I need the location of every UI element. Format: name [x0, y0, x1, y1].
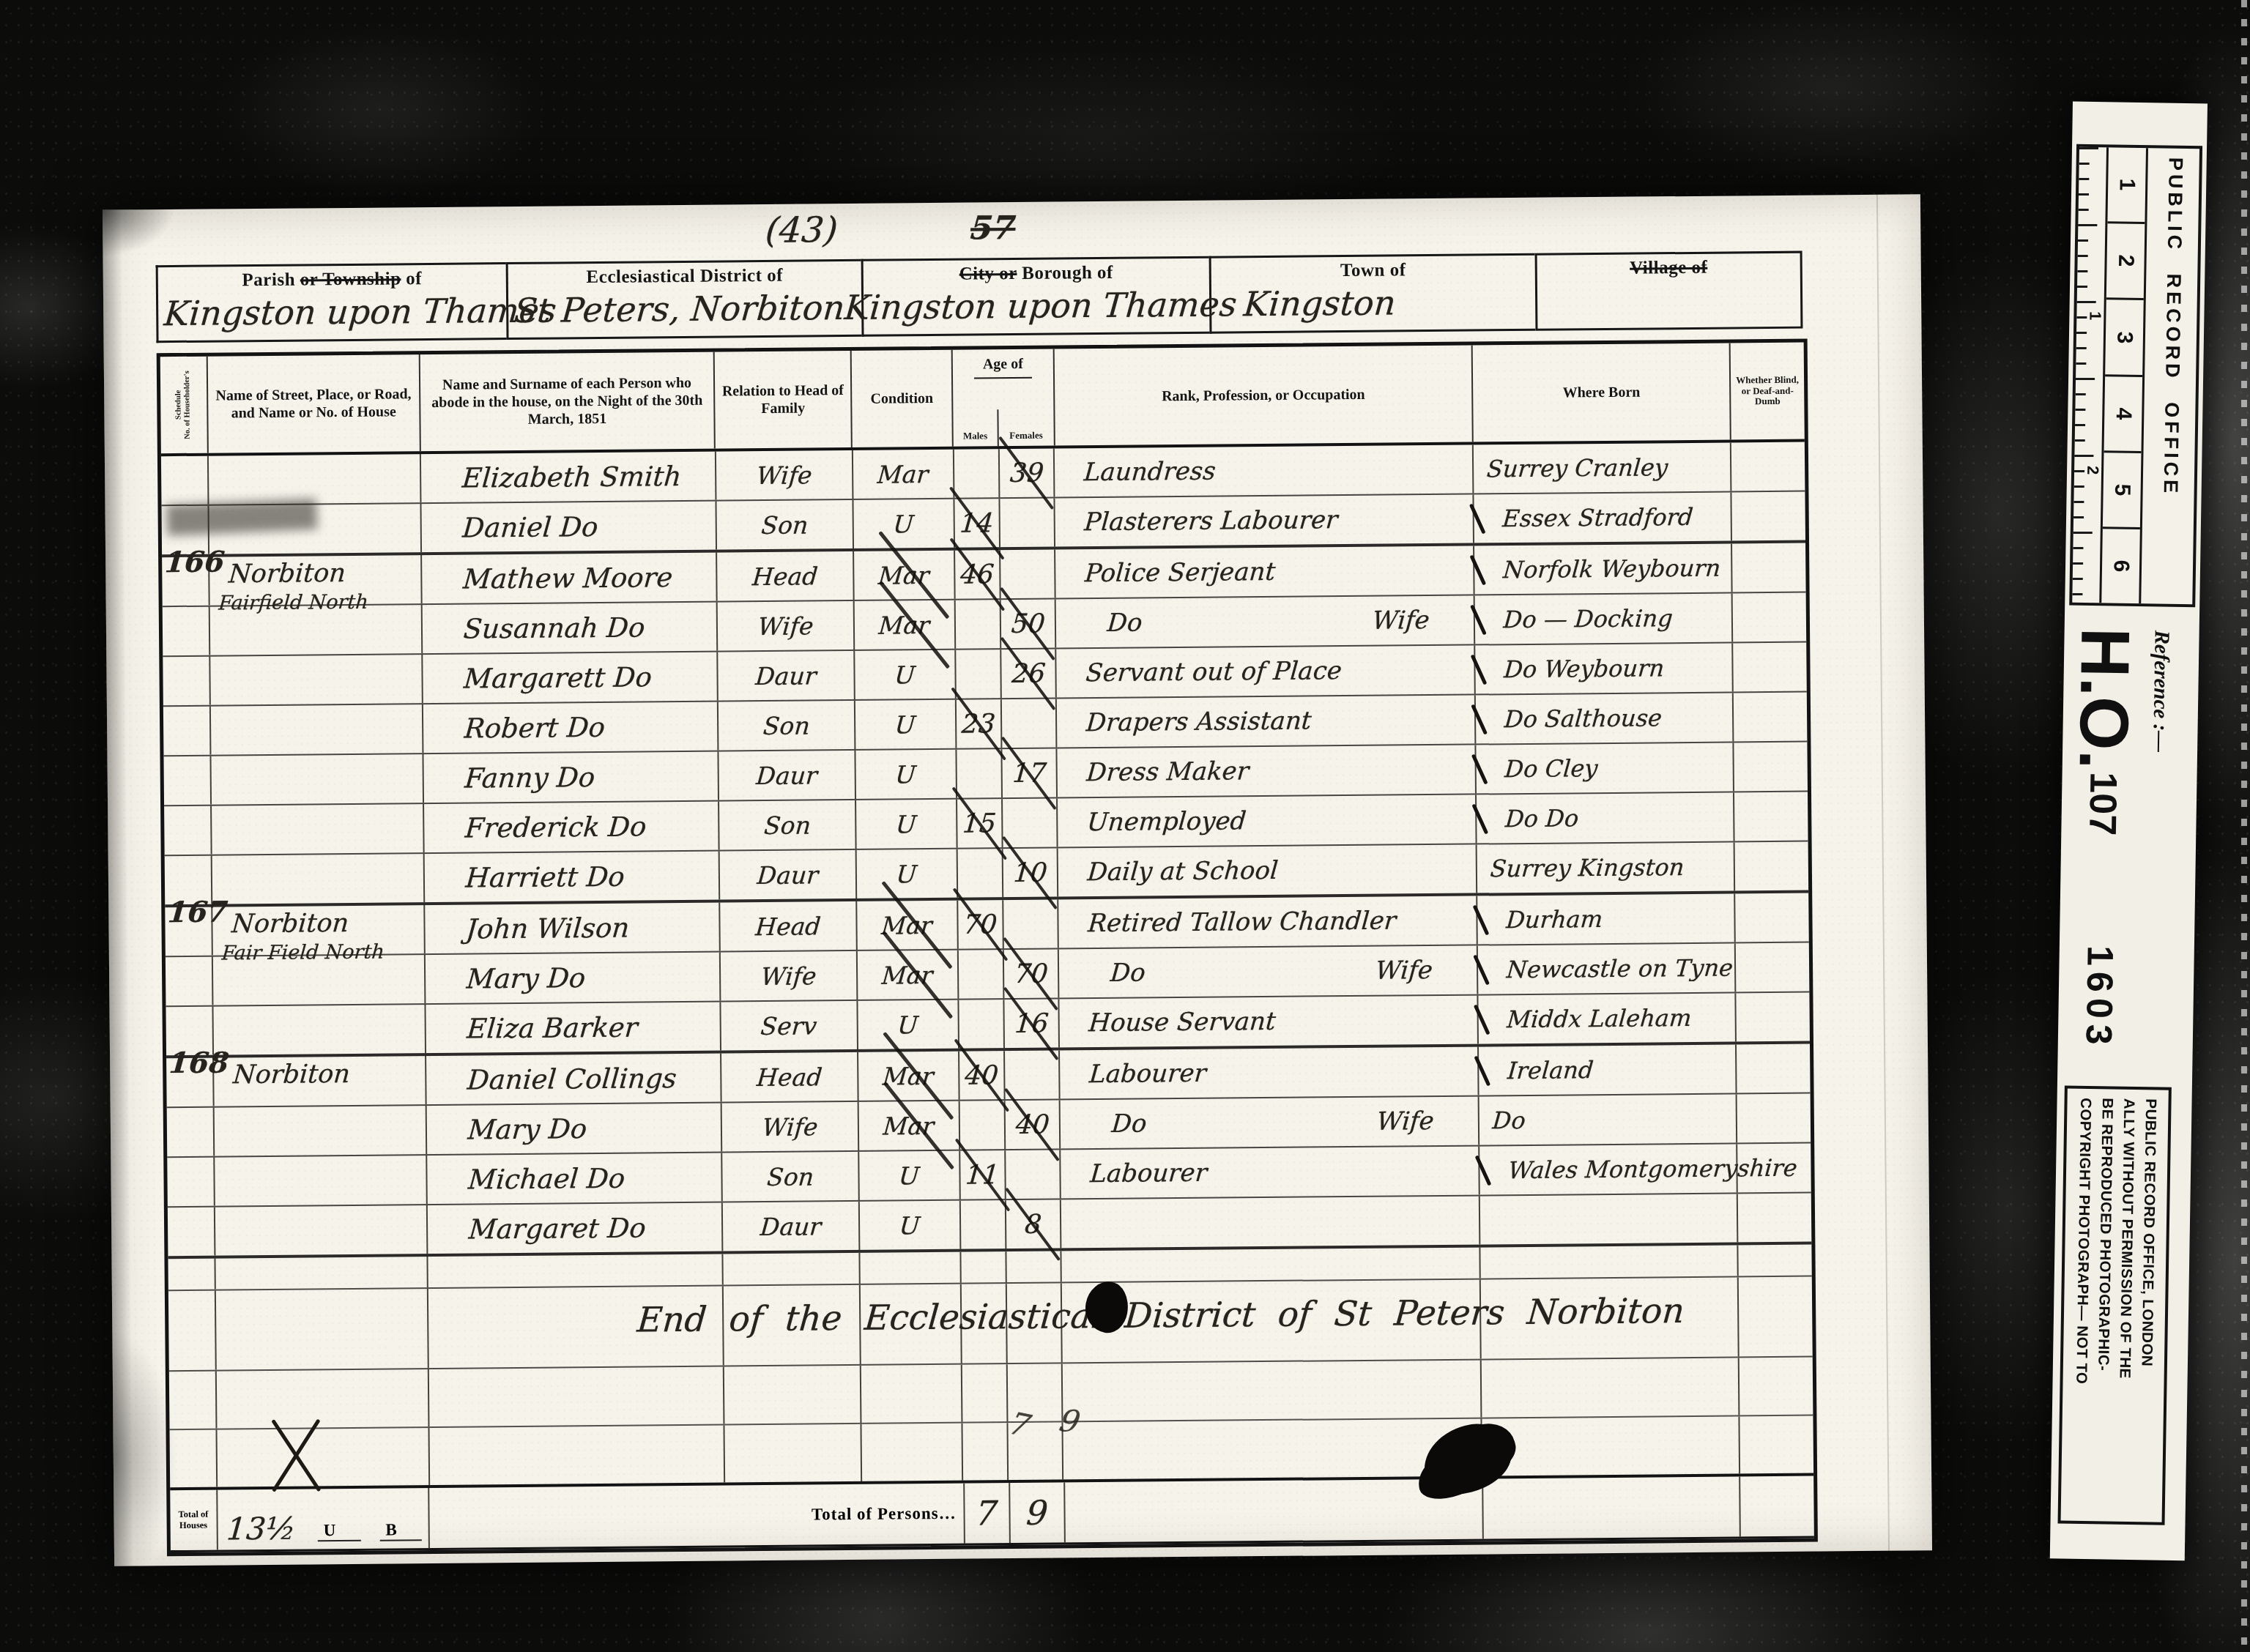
col-schedule-number: No. of Householder's Schedule [160, 357, 209, 454]
name-cell: Robert Do [423, 702, 719, 754]
occupation-cell: Retired Tallow Chandler [1058, 896, 1478, 948]
infirm-cell [1738, 1194, 1812, 1243]
age-female-cell [1003, 799, 1058, 848]
uninhabited-label: U [318, 1522, 361, 1542]
occupation-cell: DoWife [1059, 946, 1479, 998]
schedule-cell [168, 1208, 216, 1257]
infirm-cell [1732, 543, 1806, 592]
ruler-number-cell: 5 [2103, 453, 2142, 529]
label-text: Town of [1340, 260, 1406, 280]
relation-cell: Head [720, 901, 858, 951]
condition-cell: U [856, 800, 958, 849]
condition-value: U [894, 760, 917, 789]
age-male-cell [961, 1200, 1007, 1249]
relation-value: Son [760, 510, 809, 540]
col-infirm: Whether Blind, or Deaf-and-Dumb [1731, 343, 1805, 440]
empty-cell [1740, 1476, 1814, 1537]
schedule-cell: 167 [165, 907, 213, 956]
col-condition: Condition [852, 350, 954, 447]
location-box-value: Kingston upon Thames [163, 290, 558, 333]
relation-cell: Daur [720, 850, 858, 900]
location-box: Parish or Township ofKingston upon Thame… [156, 262, 507, 343]
birthplace-value: Do Salthouse [1504, 704, 1663, 733]
occupation-value: Police Serjeant [1084, 557, 1277, 588]
ruler-number-cell: 6 [2101, 529, 2140, 603]
person-name: Daniel Collings [467, 1063, 678, 1096]
born-cell: Wales Montgomeryshire [1479, 1144, 1738, 1194]
ruler-inch-label: 2 [2083, 466, 2102, 475]
age-female-cell: 8 [1006, 1199, 1062, 1249]
schedule-cell [163, 607, 211, 656]
street-cell [213, 1005, 426, 1055]
infirm-cell [1731, 442, 1805, 491]
occupation-spread: DoWife [1059, 956, 1477, 989]
page-number: (43) [764, 209, 839, 251]
total-females-value: 9 [1025, 1493, 1050, 1533]
occupation-value: House Servant [1088, 1007, 1277, 1038]
public-record-office-strip: 1 2 123456 PUBLIC RECORD OFFICE H.O.1071… [2050, 102, 2208, 1561]
struck-page-number: 57 [969, 209, 1017, 248]
relation-value: Head [751, 562, 819, 591]
street-cell [211, 754, 424, 805]
public-record-office-label: PUBLIC RECORD OFFICE [2141, 148, 2199, 604]
age-female-cell: 40 [1006, 1100, 1061, 1149]
relation-value: Wife [760, 961, 817, 991]
birthplace-value: Norfolk Weybourn [1502, 554, 1722, 584]
condition-cell: Mar [858, 1052, 960, 1101]
relation-value: Wife [761, 1112, 819, 1142]
infirm-cell [1736, 943, 1810, 992]
schedule-cell [161, 456, 209, 505]
ruler-number: 5 [2109, 483, 2134, 496]
occupation-value: Do [1110, 1109, 1148, 1138]
occupation-value: Do [1110, 958, 1147, 987]
struck-label-text: or Township [300, 269, 401, 289]
age-male-cell: 15 [957, 799, 1003, 848]
infirm-cell [1734, 743, 1808, 792]
age-male-cell [956, 650, 1002, 699]
relation-value: Daur [755, 761, 818, 790]
condition-value: U [895, 810, 918, 838]
name-cell: Margarett Do [423, 652, 719, 704]
empty-cell [1063, 1360, 1482, 1421]
born-cell: Middx Laleham [1478, 993, 1737, 1043]
age-female-cell [1002, 699, 1058, 748]
born-cell: Do Do [1477, 792, 1735, 843]
born-cell: Do Cley [1476, 743, 1734, 793]
street-cell [215, 1205, 428, 1256]
street-name-2: Fairfield North [218, 591, 368, 615]
person-name: Daniel Do [461, 510, 599, 543]
relation-cell: Daur [719, 751, 856, 800]
street-name-2: Fair Field North [221, 941, 385, 965]
empty-cell [1739, 1277, 1813, 1357]
infirm-cell [1735, 842, 1809, 891]
person-name: Mary Do [465, 962, 587, 994]
condition-cell: Mar [853, 450, 955, 499]
empty-cell [1065, 1478, 1484, 1542]
col-occupation: Rank, Profession, or Occupation [1055, 346, 1474, 446]
infirm-cell [1733, 593, 1807, 642]
total-houses-value: 13½ [226, 1511, 297, 1547]
ruler-number-cell: 4 [2104, 376, 2142, 453]
occupation-cell: Laundress [1055, 445, 1474, 497]
born-cell: Do Weybourn [1475, 643, 1734, 693]
condition-value: U [894, 710, 917, 739]
person-name: John Wilson [465, 912, 631, 945]
col-age-males: Males [953, 409, 998, 447]
age-male-cell [959, 950, 1005, 999]
empty-cell [1482, 1358, 1740, 1417]
birthplace-value: Durham [1505, 905, 1604, 934]
name-cell: Daniel Do [421, 502, 717, 553]
empty-cell [429, 1426, 725, 1486]
occupation-cell: Labourer [1060, 1047, 1479, 1099]
occupation-value-2: Wife [1375, 1106, 1435, 1136]
person-name: Fanny Do [464, 762, 596, 795]
ruler-number-cell: 1 [2107, 147, 2146, 224]
age-female-cell [1006, 1150, 1061, 1199]
condition-value: U [892, 510, 915, 538]
age-female-cell: 70 [1004, 950, 1060, 999]
born-cell: Do [1479, 1094, 1738, 1145]
birthplace-value: Ireland [1507, 1056, 1594, 1084]
person-name: Margaret Do [467, 1212, 647, 1245]
age-female-cell: 17 [1002, 749, 1058, 798]
reference-class-number: 107 [2081, 772, 2124, 836]
person-name: Frederick Do [464, 811, 648, 844]
relation-value: Daur [756, 860, 819, 890]
empty-cell [1482, 1416, 1740, 1476]
occupation-cell: Unemployed [1058, 795, 1477, 847]
street-name: Norbiton [228, 559, 347, 589]
total-persons-cell: Total of Persons… [430, 1484, 965, 1548]
condition-value: U [894, 661, 916, 689]
name-cell: Fanny Do [423, 752, 719, 803]
schedule-cell [166, 957, 214, 1006]
occupation-spread: DoWife [1061, 1106, 1478, 1139]
street-cell: NorbitonFairfield North [209, 555, 423, 606]
col-name: Name and Surname of each Person who abod… [420, 352, 716, 452]
relation-cell: Head [721, 1052, 859, 1102]
condition-cell: U [855, 750, 957, 799]
street-cell: NorbitonFair Field North [212, 905, 426, 956]
street-name: Norbiton [231, 909, 350, 939]
relation-value: Head [756, 1063, 823, 1092]
condition-value: U [895, 860, 918, 888]
occupation-cell: Servant out of Place [1056, 646, 1476, 698]
empty-cell [168, 1259, 215, 1290]
total-houses-label: Total of Houses [170, 1509, 216, 1532]
street-cell [212, 804, 425, 855]
relation-value: Son [762, 811, 812, 840]
age-female-cell: 50 [1001, 600, 1057, 649]
location-box: Ecclesiastical District ofSt Peters, Nor… [506, 259, 862, 340]
infirm-cell [1736, 993, 1810, 1042]
occupation-cell: Plasterers Labourer [1055, 495, 1474, 547]
relation-value: Son [766, 1162, 815, 1191]
totals-row: Total of Houses 13½ U B Total of Persons… [170, 1473, 1814, 1553]
cross-mark [256, 1415, 338, 1497]
occupation-value: Laundress [1083, 457, 1217, 488]
location-box-label: Town of [1211, 256, 1535, 283]
age-male-cell: 23 [957, 699, 1003, 748]
street-cell [215, 1106, 428, 1156]
ruler-number: 1 [2115, 179, 2139, 191]
occupation-value: Plasterers Labourer [1083, 505, 1339, 537]
age-female-cell [1000, 499, 1055, 548]
ruler-number-cell: 2 [2106, 223, 2145, 300]
occupation-value: Labourer [1089, 1158, 1208, 1188]
table-body: Elizabeth SmithWifeMar39LaundressSurrey … [161, 442, 1811, 1260]
infirm-cell [1737, 1044, 1811, 1093]
occupation-cell: House Servant [1059, 996, 1479, 1048]
born-cell: Do Salthouse [1476, 693, 1734, 743]
person-name: Michael Do [467, 1162, 626, 1195]
birthplace-value: Do Weybourn [1503, 654, 1666, 683]
age-male-cell: 14 [954, 499, 1000, 548]
born-cell [1480, 1194, 1739, 1244]
occupation-cell: DoWife [1061, 1097, 1480, 1149]
occupation-cell: Police Serjeant [1055, 546, 1475, 598]
empty-cell [861, 1424, 963, 1481]
schedule-cell [167, 1158, 215, 1207]
condition-value: U [896, 1011, 919, 1039]
location-box-value: Kingston [1242, 283, 1397, 324]
birthplace-value: Do Do [1504, 804, 1580, 833]
occupation-cell: Drapers Assistant [1057, 696, 1477, 748]
born-cell: Ireland [1479, 1044, 1737, 1095]
label-text: Parish [242, 270, 300, 291]
born-cell: Newcastle on Tyne [1478, 943, 1737, 994]
empty-cell [962, 1364, 1009, 1422]
empty-cell [1061, 1248, 1480, 1282]
age-male-cell: 11 [960, 1150, 1006, 1199]
struck-out-smudge [166, 499, 318, 536]
location-box-value: St Peters, Norbiton [513, 288, 846, 330]
age-of-label: Age of [974, 355, 1032, 379]
relation-value: Son [762, 711, 811, 740]
birthplace-value: Do — Docking [1502, 604, 1674, 633]
col-age-females: Females [998, 409, 1054, 447]
label-text: of [401, 269, 422, 289]
occupation-cell: DoWife [1056, 596, 1476, 648]
born-cell: Essex Stradford [1474, 492, 1732, 543]
street-cell [209, 454, 422, 505]
name-cell: Elizabeth Smith [421, 452, 717, 503]
birthplace-value: Newcastle on Tyne [1506, 953, 1734, 983]
empty-cell [1740, 1358, 1813, 1415]
total-persons-label: Total of Persons… [812, 1504, 957, 1525]
infirm-cell [1731, 492, 1805, 541]
col-relation: Relation to Head of Family [715, 351, 853, 449]
age-female-cell [1000, 550, 1056, 599]
infirm-cell [1734, 693, 1808, 742]
relation-cell: Son [716, 500, 854, 550]
infirm-cell [1737, 1094, 1811, 1143]
condition-cell: Mar [857, 901, 959, 950]
person-name: Mathew Moore [462, 562, 674, 595]
birthplace-value: Essex Stradford [1501, 503, 1694, 532]
occupation-value: Drapers Assistant [1085, 706, 1313, 737]
age-male-cell [959, 1000, 1005, 1049]
location-box: Village of [1535, 251, 1803, 331]
empty-cell [168, 1291, 217, 1371]
relation-cell: Son [722, 1152, 860, 1202]
age-male-cell [958, 849, 1004, 898]
condition-cell: U [853, 499, 955, 548]
occupation-value: Do [1106, 608, 1143, 637]
col-age: Age of Males Females [953, 349, 1055, 447]
name-cell: Harriett Do [425, 852, 721, 903]
occupation-cell: Daily at School [1058, 845, 1478, 897]
birthplace-value: Surrey Kingston [1489, 853, 1685, 882]
name-cell: Michael Do [427, 1153, 723, 1205]
strip-top-tab [2072, 102, 2208, 146]
infirm-cell [1737, 1144, 1811, 1193]
measuring-ruler: 1 2 123456 PUBLIC RECORD OFFICE [2069, 144, 2202, 608]
reference-class: H.O. [2065, 628, 2145, 770]
location-box-label: City or Borough of [864, 258, 1209, 286]
empty-cell [1740, 1416, 1813, 1474]
occupation-cell [1061, 1197, 1481, 1249]
street-cell [210, 655, 423, 705]
table-header-row: No. of Householder's Schedule Name of St… [160, 343, 1805, 457]
relation-cell: Wife [722, 1102, 860, 1152]
name-cell: John Wilson [425, 903, 721, 954]
condition-value: U [899, 1211, 921, 1240]
schedule-cell [164, 806, 212, 855]
schedule-cell: 168 [166, 1058, 215, 1107]
empty-cell [170, 1430, 218, 1488]
ruler-numbers: 123456 [2101, 147, 2148, 603]
ruler-number: 2 [2113, 255, 2138, 267]
location-box-label: Ecclesiastical District of [508, 261, 861, 289]
building-label: B [379, 1521, 422, 1541]
street-cell [215, 1156, 428, 1206]
schedule-cell: 166 [162, 557, 210, 606]
enumeration-table: No. of Householder's Schedule Name of St… [157, 339, 1818, 1557]
name-cell: Daniel Collings [426, 1054, 722, 1105]
infirm-cell [1735, 893, 1809, 942]
relation-cell: Wife [721, 951, 858, 1001]
empty-cell [723, 1253, 860, 1285]
occupation-value-2: Wife [1371, 606, 1430, 636]
person-name: Elizabeth Smith [461, 460, 683, 494]
total-females-cell: 9 [1010, 1482, 1066, 1543]
empty-cell [1480, 1245, 1738, 1278]
empty-cell [216, 1289, 429, 1370]
relation-value: Daur [754, 661, 817, 691]
ruler-number-cell: 3 [2105, 300, 2144, 377]
birthplace-value: Middx Laleham [1506, 1004, 1693, 1033]
houses-value-cell: 13½ U B [218, 1488, 430, 1550]
film-edge-marks [2241, 0, 2247, 1652]
ruler-number: 6 [2108, 559, 2133, 572]
street-cell [211, 704, 424, 755]
birthplace-value: Do Cley [1504, 754, 1599, 783]
relation-value: Wife [757, 611, 814, 641]
reference-zone: H.O.1071603 Reference :— [2057, 605, 2199, 1076]
page-number-area: (43) 57 [103, 200, 1920, 260]
schedule-cell [167, 1108, 215, 1157]
age-male-cell: 70 [958, 900, 1004, 949]
piece-number: 1603 [2079, 945, 2121, 1051]
relation-cell: Head [717, 551, 855, 601]
infirm-cell [1733, 643, 1807, 692]
person-name: Mary Do [467, 1113, 588, 1145]
scanned-census-photo: (43) 57 Parish or Township ofKingston up… [0, 0, 2250, 1652]
condition-cell: U [855, 700, 957, 749]
relation-cell: Son [719, 701, 856, 751]
end-note-row: End of the Ecclesiastical District of St… [168, 1277, 1813, 1372]
ruler-inch-label: 1 [2085, 311, 2104, 321]
name-cell: Frederick Do [424, 802, 720, 853]
reference-number: H.O.1071603 [2069, 628, 2150, 1075]
total-males-cell: 7 [965, 1483, 1011, 1544]
empty-cell [1483, 1476, 1741, 1538]
occupation-value: Daily at School [1086, 856, 1279, 887]
born-cell: Norfolk Weybourn [1474, 543, 1733, 594]
condition-cell: Mar [854, 551, 956, 600]
condition-value: Mar [877, 460, 929, 489]
name-cell: Mathew Moore [422, 553, 718, 604]
name-cell: Mary Do [426, 953, 721, 1004]
schedule-cell [163, 756, 212, 805]
person-name: Susannah Do [462, 611, 646, 644]
relation-value: Daur [759, 1212, 822, 1241]
name-cell: Susannah Do [423, 603, 719, 654]
age-female-cell [1003, 900, 1059, 949]
empty-cell [724, 1424, 862, 1483]
occupation-value: Dress Maker [1085, 756, 1250, 787]
empty-cell [428, 1254, 723, 1288]
age-female-cell: 10 [1003, 849, 1059, 898]
schedule-cell [163, 707, 212, 756]
empty-cell [962, 1423, 1009, 1481]
born-cell: Durham [1477, 893, 1736, 944]
schedule-cell [163, 657, 211, 706]
name-cell: Mary Do [427, 1104, 723, 1155]
street-cell [212, 854, 426, 904]
label-text: Borough of [1017, 263, 1113, 283]
occupation-cell: Dress Maker [1057, 745, 1477, 797]
empty-cell [724, 1366, 862, 1424]
relation-value: Serv [760, 1011, 818, 1041]
relation-cell: Wife [716, 450, 854, 500]
ruler-number: 4 [2111, 407, 2136, 420]
age-female-cell: 26 [1001, 650, 1057, 699]
relation-cell: Daur [718, 651, 855, 701]
condition-value: U [898, 1161, 921, 1190]
occupation-value: Labourer [1088, 1059, 1208, 1089]
born-cell: Surrey Cranley [1474, 442, 1732, 493]
total-males-value: 7 [975, 1493, 1000, 1533]
age-male-cell [960, 1101, 1006, 1150]
birthplace-value: Surrey Cranley [1486, 453, 1669, 483]
age-female-cell: 39 [1000, 449, 1055, 498]
age-male-cell [956, 600, 1002, 649]
location-box-value: Kingston upon Thames [843, 284, 1239, 327]
label-text: Ecclesiastical District of [586, 266, 783, 287]
empty-cell [429, 1367, 725, 1427]
page-fold-line [1876, 195, 1890, 1551]
condition-cell: U [857, 849, 959, 898]
person-name: Harriett Do [464, 860, 625, 893]
born-cell: Surrey Kingston [1477, 842, 1736, 893]
copyright-notice: COPYRIGHT PHOTOGRAPH— NOT TOBE REPRODUCE… [2058, 1086, 2172, 1525]
occupation-value: Retired Tallow Chandler [1087, 906, 1397, 938]
